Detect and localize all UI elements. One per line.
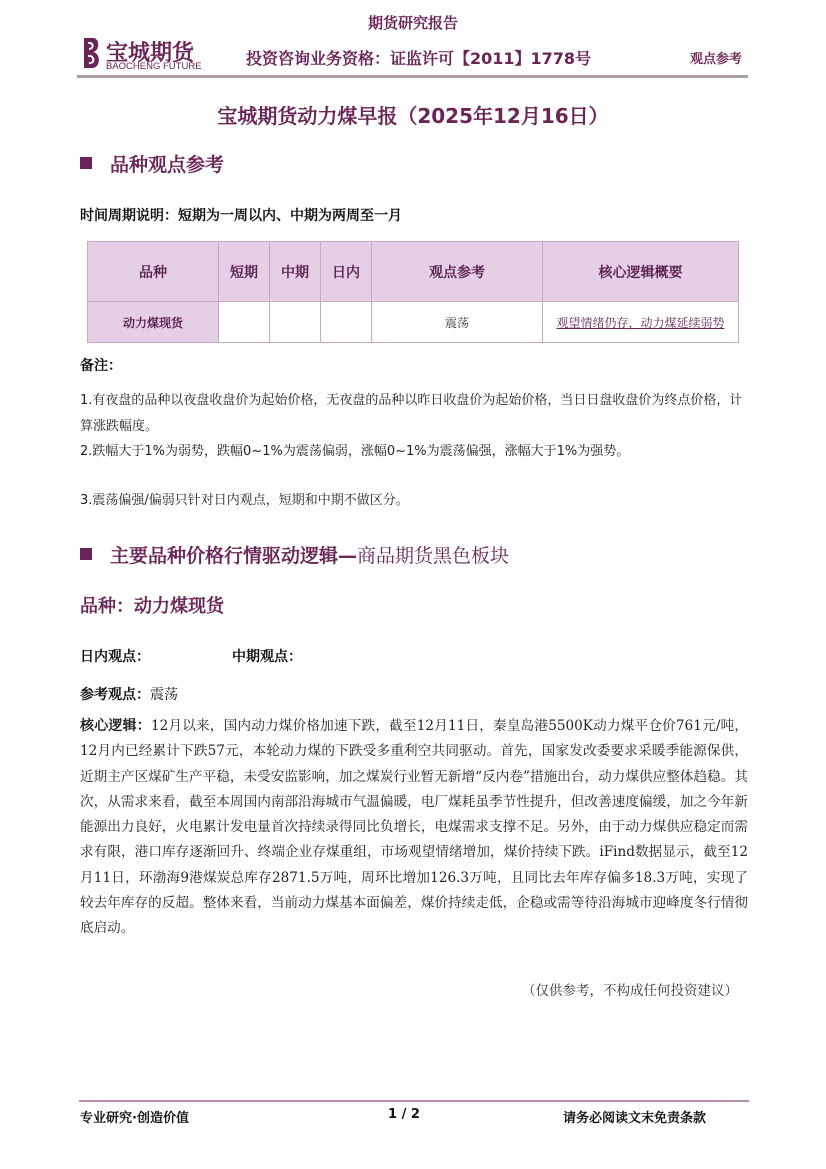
remarks-title: 备注：: [80, 355, 122, 375]
company-logo: 宝城期货 BAOCHENG FUTURE: [80, 36, 205, 72]
col-header-mid: 中期: [270, 242, 321, 302]
reference-view-label: 参考观点：: [80, 687, 150, 703]
cell-intraday: [321, 302, 372, 343]
remark-item: 2.跌幅大于1%为弱势，跌幅0~1%为震荡偏弱，涨幅0~1%为震荡偏强，涨幅大于…: [80, 439, 750, 465]
square-bullet-icon: [80, 548, 92, 560]
footer-slogan: 专业研究·创造价值: [80, 1107, 189, 1126]
section-heading-drivers: 主要品种价格行情驱动逻辑—商品期货黑色板块: [80, 541, 509, 568]
variety-heading: 品种：动力煤现货: [80, 592, 224, 618]
disclaimer-note: （仅供参考，不构成任何投资建议）: [522, 979, 738, 999]
mid-view-label: 中期观点：: [232, 646, 302, 666]
col-header-logic: 核心逻辑概要: [543, 242, 739, 302]
reference-view-value: 震荡: [150, 687, 178, 703]
footer-divider: [79, 1100, 749, 1102]
cell-variety: 动力煤现货: [88, 302, 219, 343]
cell-logic-link[interactable]: 观望情绪仍存，动力煤延续弱势: [543, 302, 739, 343]
core-logic-paragraph: 核心逻辑：12月以来，国内动力煤价格加速下跌，截至12月11日，秦皇岛港5500…: [80, 714, 748, 942]
footer-disclaimer-link: 请务必阅读文末免责条款: [563, 1107, 706, 1126]
cell-short: [219, 302, 270, 343]
category-label: 观点参考: [690, 48, 742, 67]
section-heading-views: 品种观点参考: [80, 150, 224, 177]
intraday-view-label: 日内观点：: [80, 646, 232, 666]
col-header-intraday: 日内: [321, 242, 372, 302]
table-row: 动力煤现货 震荡 观望情绪仍存，动力煤延续弱势: [88, 302, 739, 343]
report-type-label: 期货研究报告: [0, 12, 826, 33]
remark-item: 3.震荡偏强/偏弱只针对日内观点，短期和中期不做区分。: [80, 488, 750, 514]
cell-mid: [270, 302, 321, 343]
header-divider: [77, 75, 748, 78]
col-header-view: 观点参考: [372, 242, 543, 302]
reference-view: 参考观点：震荡: [80, 684, 178, 704]
table-header-row: 品种 短期 中期 日内 观点参考 核心逻辑概要: [88, 242, 739, 302]
report-title: 宝城期货动力煤早报（2025年12月16日）: [0, 100, 826, 129]
col-header-variety: 品种: [88, 242, 219, 302]
period-note: 时间周期说明：短期为一周以内、中期为两周至一月: [80, 205, 402, 225]
logo-text-en: BAOCHENG FUTURE: [106, 61, 202, 72]
col-header-short: 短期: [219, 242, 270, 302]
section-heading-text: 品种观点参考: [110, 154, 224, 176]
section-heading-bold: 主要品种价格行情驱动逻辑—: [110, 545, 357, 567]
views-table: 品种 短期 中期 日内 观点参考 核心逻辑概要 动力煤现货 震荡 观望情绪仍存，…: [87, 241, 739, 343]
remark-item: 1.有夜盘的品种以夜盘收盘价为起始价格，无夜盘的品种以昨日收盘价为起始价格，当日…: [80, 388, 750, 440]
page-number: 1 / 2: [388, 1107, 420, 1122]
cell-view: 震荡: [372, 302, 543, 343]
logo-b-icon: [80, 36, 102, 70]
section-heading-light: 商品期货黑色板块: [357, 545, 509, 567]
views-row: 日内观点：中期观点：: [80, 646, 302, 666]
core-logic-text: 12月以来，国内动力煤价格加速下跌，截至12月11日，秦皇岛港5500K动力煤平…: [80, 718, 748, 936]
qualification-text: 投资咨询业务资格：证监许可【2011】1778号: [246, 46, 591, 69]
core-logic-label: 核心逻辑：: [80, 718, 151, 734]
square-bullet-icon: [80, 157, 92, 169]
